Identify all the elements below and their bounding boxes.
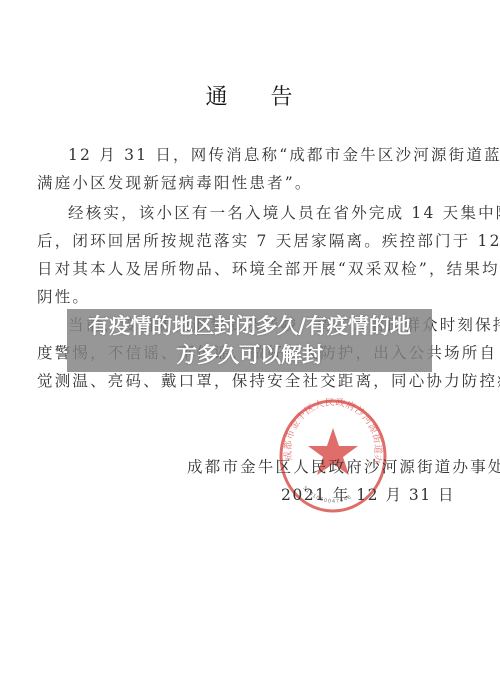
paragraph-3-line-3: 觉测温、亮码、戴口罩，保持安全社交距离，同心协力防控疫情。 — [37, 371, 473, 391]
headline-overlay[interactable]: 有疫情的地区封闭多久/有疫情的地 方多久可以解封 — [67, 309, 432, 372]
issue-date: 2021 年 12 月 31 日 — [281, 483, 455, 505]
paragraph-2-line-3: 日对其本人及居所物品、环境全部开展“双采双检”，结果均为 — [37, 259, 473, 279]
paragraph-1-line-1: 12 月 31 日，网传消息称“成都市金牛区沙河源街道蓝光花 — [68, 145, 473, 165]
paragraph-2-line-1: 经核实，该小区有一名入境人员在省外完成 14 天集中隔离 — [68, 203, 473, 223]
issuer-name: 成都市金牛区人民政府沙河源街道办事处 — [187, 455, 500, 477]
paragraph-2-line-2: 后，闭环回居所按规范落实 7 天居家隔离。疾控部门于 12 月 31 — [37, 231, 473, 251]
paragraph-1-line-2: 满庭小区发现新冠病毒阳性患者”。 — [37, 173, 473, 193]
headline-line-1: 有疫情的地区封闭多久/有疫情的地 — [67, 312, 432, 341]
paragraph-2-line-4: 阴性。 — [37, 287, 473, 307]
notice-title: 通 告 — [0, 80, 500, 111]
headline-line-2: 方多久可以解封 — [67, 341, 432, 370]
